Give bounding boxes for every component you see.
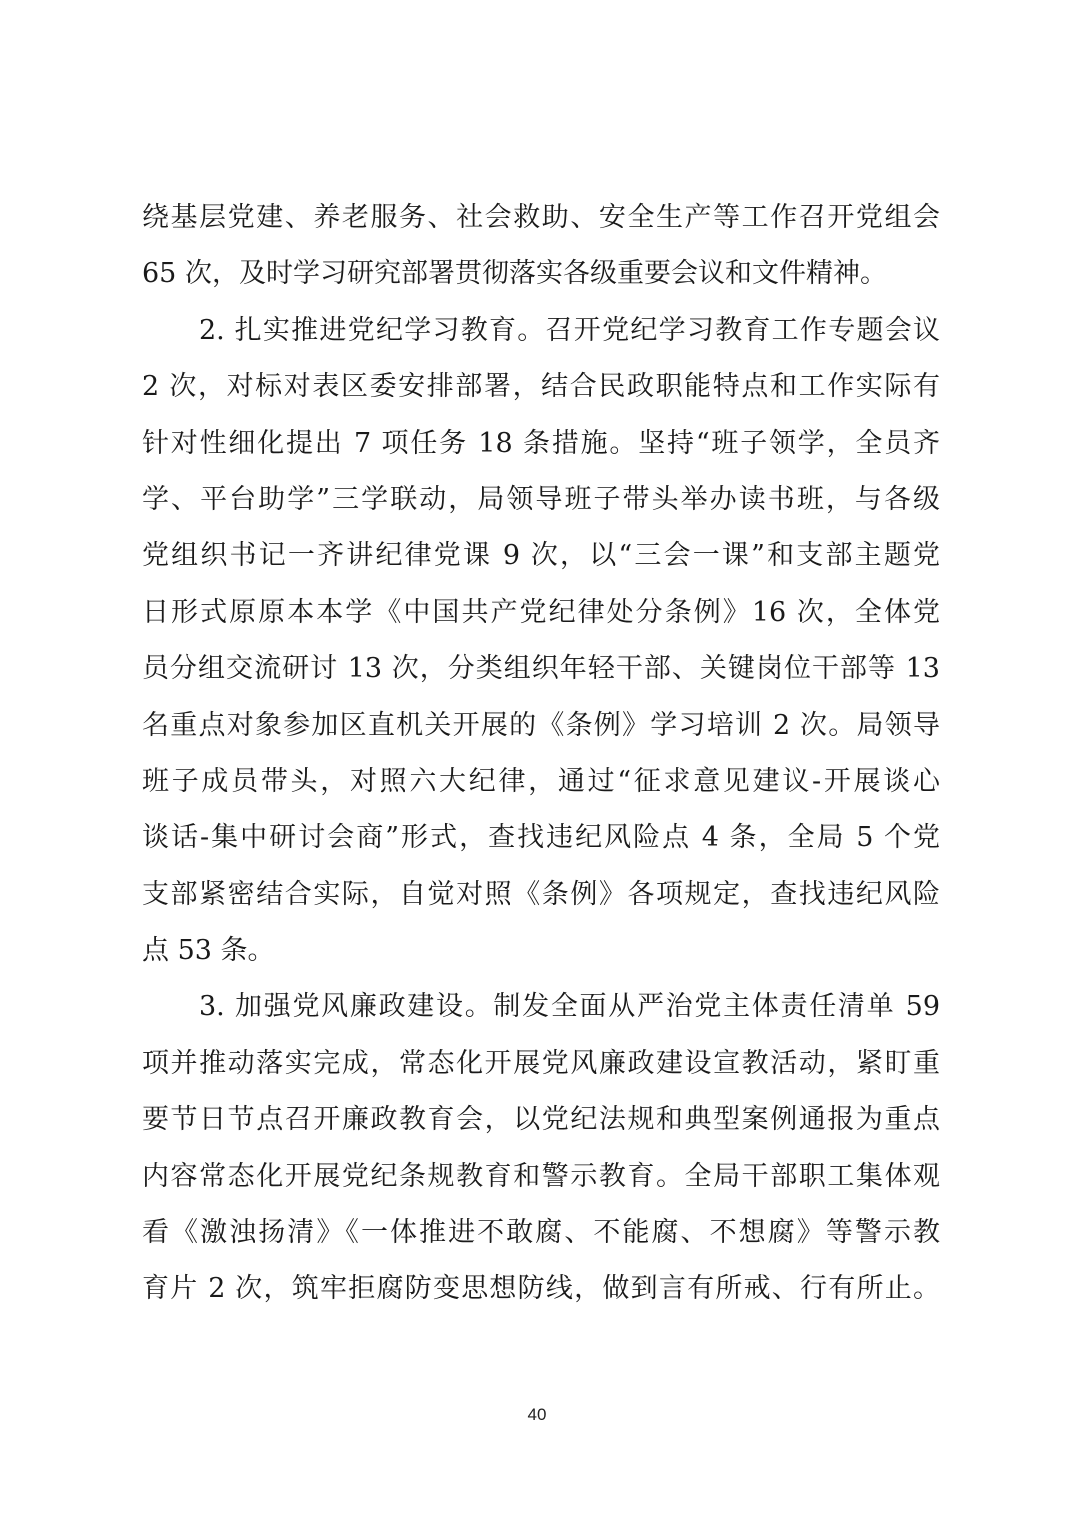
text-line: 绕基层党建、养老服务、社会救助、安全生产等工作召开党组会 (142, 196, 940, 252)
text-line: 名重点对象参加区直机关开展的《条例》学习培训 2 次。局领导 (142, 704, 940, 760)
text-line: 要节日节点召开廉政教育会，以党纪法规和典型案例通报为重点 (142, 1098, 940, 1154)
text-line: 65 次，及时学习研究部署贯彻落实各级重要会议和文件精神。 (142, 252, 940, 308)
text-line: 2 次，对标对表区委安排部署，结合民政职能特点和工作实际有 (142, 365, 940, 421)
section-heading-line: 2. 扎实推进党纪学习教育。召开党纪学习教育工作专题会议 (142, 309, 940, 365)
text-line: 谈话-集中研讨会商”形式，查找违纪风险点 4 条，全局 5 个党 (142, 816, 940, 872)
text-line: 内容常态化开展党纪条规教育和警示教育。全局干部职工集体观 (142, 1155, 940, 1211)
text-line: 看《激浊扬清》《一体推进不敢腐、不能腐、不想腐》等警示教 (142, 1211, 940, 1267)
text-line: 支部紧密结合实际，自觉对照《条例》各项规定，查找违纪风险 (142, 873, 940, 929)
text-line: 针对性细化提出 7 项任务 18 条措施。坚持“班子领学，全员齐 (142, 422, 940, 478)
text-line: 日形式原原本本学《中国共产党纪律处分条例》16 次，全体党 (142, 591, 940, 647)
text-line: 项并推动落实完成，常态化开展党风廉政建设宣教活动，紧盯重 (142, 1042, 940, 1098)
text-line: 点 53 条。 (142, 929, 940, 985)
page-number: 40 (0, 1405, 1074, 1425)
text-line: 党组织书记一齐讲纪律党课 9 次，以“三会一课”和支部主题党 (142, 534, 940, 590)
text-line: 班子成员带头，对照六大纪律，通过“征求意见建议-开展谈心 (142, 760, 940, 816)
section-heading-line: 3. 加强党风廉政建设。制发全面从严治党主体责任清单 59 (142, 985, 940, 1041)
text-line: 育片 2 次，筑牢拒腐防变思想防线，做到言有所戒、行有所止。 (142, 1267, 940, 1323)
text-line: 员分组交流研讨 13 次，分类组织年轻干部、关键岗位干部等 13 (142, 647, 940, 703)
document-body: 绕基层党建、养老服务、社会救助、安全生产等工作召开党组会 65 次，及时学习研究… (142, 196, 940, 1324)
text-line: 学、平台助学”三学联动，局领导班子带头举办读书班，与各级 (142, 478, 940, 534)
document-page: 绕基层党建、养老服务、社会救助、安全生产等工作召开党组会 65 次，及时学习研究… (0, 0, 1074, 1520)
